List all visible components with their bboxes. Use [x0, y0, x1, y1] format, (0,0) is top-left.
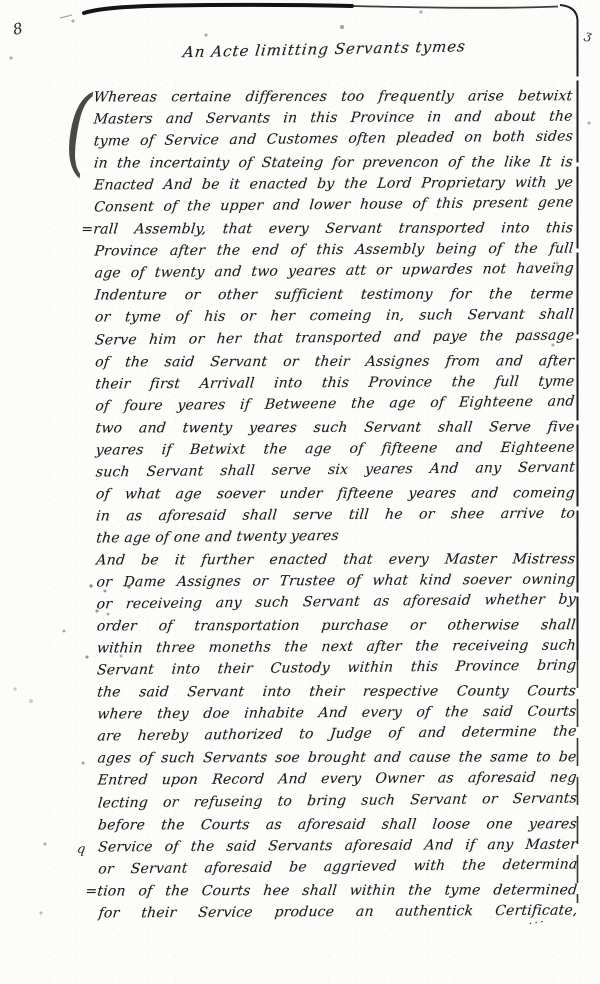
manuscript-page: 8 An Acte limitting Servants tymes ( Whe…	[0, 0, 600, 984]
manuscript-line: or Servant aforesaid be aggrieved with t…	[97, 853, 578, 880]
manuscript-line: Serve him or her that transported and pa…	[94, 324, 575, 351]
manuscript-line: are hereby authorized to Judge of and de…	[96, 721, 577, 748]
torn-edge-mark	[60, 5, 558, 18]
manuscript-line: before the Courts as aforesaid shall loo…	[97, 813, 578, 836]
manuscript-line: tyme of Service and Customes often plead…	[93, 126, 574, 153]
manuscript-line: of what age soever under fifteene yeares…	[95, 482, 576, 505]
manuscript-line: =tion of the Courts hee shall within the…	[97, 879, 578, 902]
page-number: 8	[11, 19, 24, 39]
edge-mark: ʒ	[583, 27, 593, 42]
manuscript-line: of the said Servant or their Assignes fr…	[94, 350, 575, 373]
page-title: An Acte limitting Servants tymes	[182, 37, 484, 61]
end-mark: ...	[527, 911, 546, 927]
manuscript-line: such Servant shall serve six yeares And …	[95, 456, 576, 483]
manuscript-line: the age of one and twenty yeares	[95, 522, 576, 549]
ink-speckles	[0, 0, 2, 2]
manuscript-line: two and twenty yeares such Servant shall…	[94, 416, 575, 439]
manuscript-line: age of twenty and two yeares att or upwa…	[94, 258, 575, 285]
manuscript-line: of foure yeares if Betweene the age of E…	[94, 390, 575, 417]
manuscript-line: for their Service produce an authentick …	[97, 899, 578, 924]
margin-mark: q	[76, 841, 86, 857]
manuscript-line: Servant into their Custody within this P…	[96, 655, 577, 682]
manuscript-line: or receiveing any such Servant as afores…	[96, 589, 577, 616]
manuscript-line: lecting or refuseing to bring such Serva…	[97, 787, 578, 814]
manuscript-body: Whereas certaine differences too frequen…	[93, 84, 577, 925]
manuscript-line: Consent of the upper and lower house of …	[93, 192, 574, 219]
